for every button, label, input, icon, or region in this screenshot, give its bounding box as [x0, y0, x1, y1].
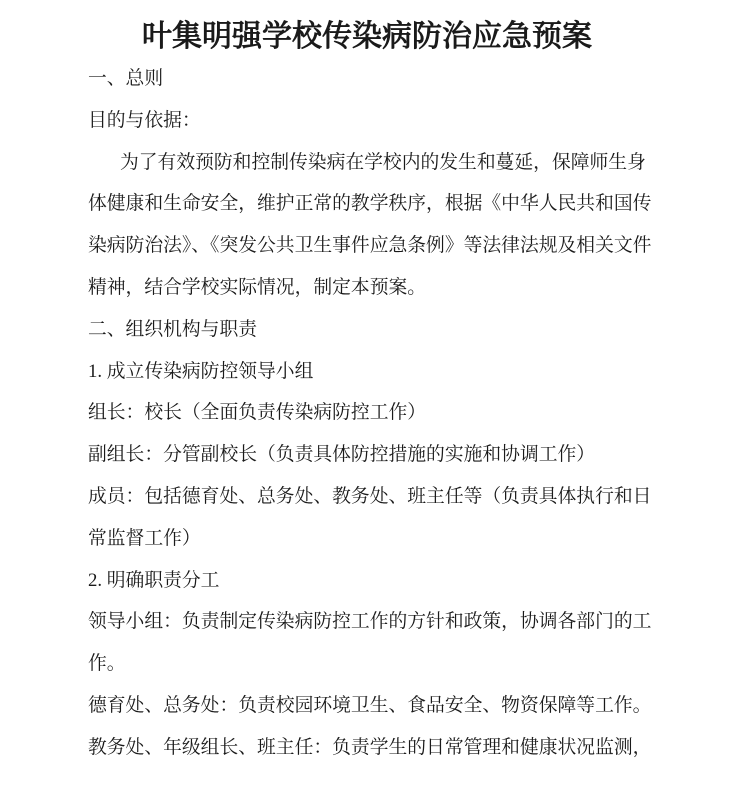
document-line: 2. 明确职责分工 — [88, 560, 678, 602]
document-line: 一、总则 — [88, 58, 678, 100]
document-title: 叶集明强学校传染病防治应急预案 — [0, 0, 734, 58]
document-line: 领导小组：负责制定传染病防控工作的方针和政策，协调各部门的工 — [88, 601, 678, 643]
document-page: 叶集明强学校传染病防治应急预案 一、总则目的与依据：为了有效预防和控制传染病在学… — [0, 0, 734, 811]
document-line: 目的与依据： — [88, 100, 678, 142]
document-line: 精神，结合学校实际情况，制定本预案。 — [88, 267, 678, 309]
document-line: 常监督工作） — [88, 518, 678, 560]
document-line: 1. 成立传染病防控领导小组 — [88, 351, 678, 393]
document-line: 染病防治法》、《突发公共卫生事件应急条例》等法律法规及相关文件 — [88, 225, 678, 267]
document-line: 体健康和生命安全，维护正常的教学秩序，根据《中华人民共和国传 — [88, 183, 678, 225]
document-line: 为了有效预防和控制传染病在学校内的发生和蔓延，保障师生身 — [88, 142, 678, 184]
document-line: 组长：校长（全面负责传染病防控工作） — [88, 392, 678, 434]
document-line: 成员：包括德育处、总务处、教务处、班主任等（负责具体执行和日 — [88, 476, 678, 518]
document-line: 教务处、年级组长、班主任：负责学生的日常管理和健康状况监测， — [88, 727, 678, 769]
document-line: 作。 — [88, 643, 678, 685]
document-line: 副组长：分管副校长（负责具体防控措施的实施和协调工作） — [88, 434, 678, 476]
document-line: 德育处、总务处：负责校园环境卫生、食品安全、物资保障等工作。 — [88, 685, 678, 727]
document-line: 二、组织机构与职责 — [88, 309, 678, 351]
document-body: 一、总则目的与依据：为了有效预防和控制传染病在学校内的发生和蔓延，保障师生身体健… — [0, 58, 734, 769]
